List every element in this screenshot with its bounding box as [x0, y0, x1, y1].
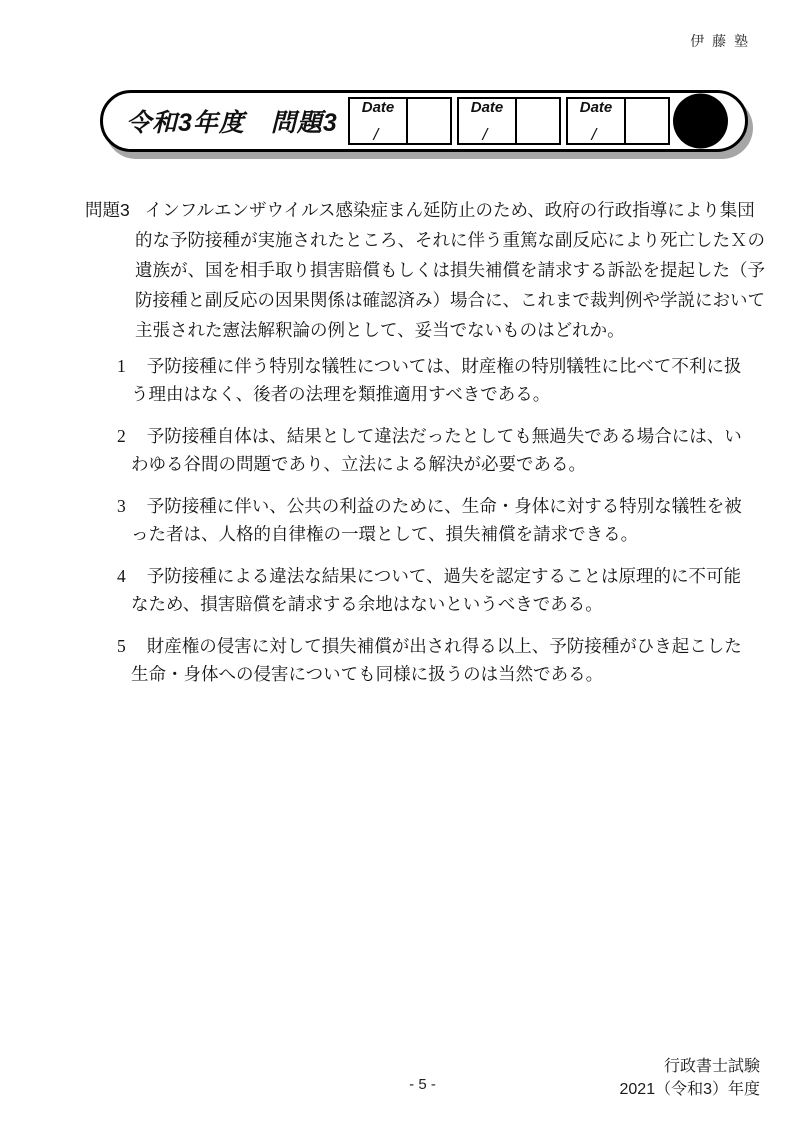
exam-info: 行政書士試験 2021（令和3）年度 — [620, 1055, 761, 1101]
brand-logo: 伊 藤 塾 — [690, 31, 750, 51]
option-number: 1 — [117, 356, 126, 376]
date-cell: Date / — [350, 99, 408, 143]
exam-name: 行政書士試験 — [620, 1055, 761, 1078]
date-label: Date — [471, 99, 504, 116]
exam-year: 2021（令和3）年度 — [620, 1078, 761, 1101]
option-text: 財産権の侵害に対して損失補償が出され得る以上、予防接種がひき起こした — [147, 636, 742, 656]
option-text: 予防接種に伴い、公共の利益のために、生命・身体に対する特別な犠牲を被 — [147, 496, 742, 516]
answer-option: 2予防接種自体は、結果として違法だったとしても無過失である場合には、い わゆる谷… — [100, 422, 780, 478]
date-fields: Date / Date / Date / — [348, 97, 670, 145]
question-block: 問題3インフルエンザウイルス感染症まん延防止のため、政府の行政指導により集団 的… — [85, 195, 775, 345]
option-number: 3 — [117, 496, 126, 516]
question-line: 主張された憲法解釈論の例として、妥当でないものはどれか。 — [85, 315, 775, 345]
option-text: 予防接種に伴う特別な犠牲については、財産権の特別犠牲に比べて不利に扱 — [147, 356, 742, 376]
date-group: Date / — [566, 97, 670, 145]
option-text: う理由はなく、後者の法理を類推適用すべきである。 — [100, 380, 780, 408]
question-line: 遺族が、国を相手取り損害賠償もしくは損失補償を請求する訴訟を提起した（予 — [85, 255, 775, 285]
date-cell: Date / — [459, 99, 517, 143]
option-number: 2 — [117, 426, 126, 446]
date-group: Date / — [348, 97, 452, 145]
check-cell — [408, 99, 450, 143]
answer-option: 5財産権の侵害に対して損失補償が出され得る以上、予防接種がひき起こした 生命・身… — [100, 632, 780, 688]
option-text: った者は、人格的自律権の一環として、損失補償を請求できる。 — [100, 520, 780, 548]
option-line: 5財産権の侵害に対して損失補償が出され得る以上、予防接種がひき起こした — [100, 632, 780, 660]
question-line: 的な予防接種が実施されたところ、それに伴う重篤な副反応により死亡したＸの — [85, 225, 775, 255]
exam-page: 伊 藤 塾 令和3年度 問題3 Date / Date / Date — [0, 0, 800, 1130]
date-slash: / — [483, 125, 488, 145]
question-line: 問題3インフルエンザウイルス感染症まん延防止のため、政府の行政指導により集団 — [85, 195, 775, 225]
option-number: 5 — [117, 636, 126, 656]
black-circle-marker — [673, 94, 728, 149]
check-cell — [626, 99, 668, 143]
date-label: Date — [580, 99, 613, 116]
option-line: 3予防接種に伴い、公共の利益のために、生命・身体に対する特別な犠牲を被 — [100, 492, 780, 520]
date-label: Date — [362, 99, 395, 116]
option-text: なため、損害賠償を請求する余地はないというべきである。 — [100, 590, 780, 618]
date-slash: / — [592, 125, 597, 145]
answer-option: 4予防接種による違法な結果について、過失を認定することは原理的に不可能 なため、… — [100, 562, 780, 618]
answer-option: 1予防接種に伴う特別な犠牲については、財産権の特別犠牲に比べて不利に扱 う理由は… — [100, 352, 780, 408]
date-slash: / — [374, 125, 379, 145]
option-text: わゆる谷間の問題であり、立法による解決が必要である。 — [100, 450, 780, 478]
date-cell: Date / — [568, 99, 626, 143]
answer-options: 1予防接種に伴う特別な犠牲については、財産権の特別犠牲に比べて不利に扱 う理由は… — [100, 352, 780, 702]
question-text: インフルエンザウイルス感染症まん延防止のため、政府の行政指導により集団 — [145, 200, 755, 220]
question-number: 問題3 — [85, 200, 130, 220]
option-line: 1予防接種に伴う特別な犠牲については、財産権の特別犠牲に比べて不利に扱 — [100, 352, 780, 380]
option-text: 予防接種による違法な結果について、過失を認定することは原理的に不可能 — [147, 566, 741, 586]
question-line: 防接種と副反応の因果関係は確認済み）場合に、これまで裁判例や学説において — [85, 285, 775, 315]
option-line: 4予防接種による違法な結果について、過失を認定することは原理的に不可能 — [100, 562, 780, 590]
answer-option: 3予防接種に伴い、公共の利益のために、生命・身体に対する特別な犠牲を被 った者は… — [100, 492, 780, 548]
banner-title: 令和3年度 問題3 — [126, 103, 338, 139]
question-banner: 令和3年度 問題3 Date / Date / Date / — [100, 90, 748, 152]
option-text: 生命・身体への侵害についても同様に扱うのは当然である。 — [100, 660, 780, 688]
option-text: 予防接種自体は、結果として違法だったとしても無過失である場合には、い — [147, 426, 742, 446]
option-number: 4 — [117, 566, 126, 586]
check-cell — [517, 99, 559, 143]
date-group: Date / — [457, 97, 561, 145]
option-line: 2予防接種自体は、結果として違法だったとしても無過失である場合には、い — [100, 422, 780, 450]
